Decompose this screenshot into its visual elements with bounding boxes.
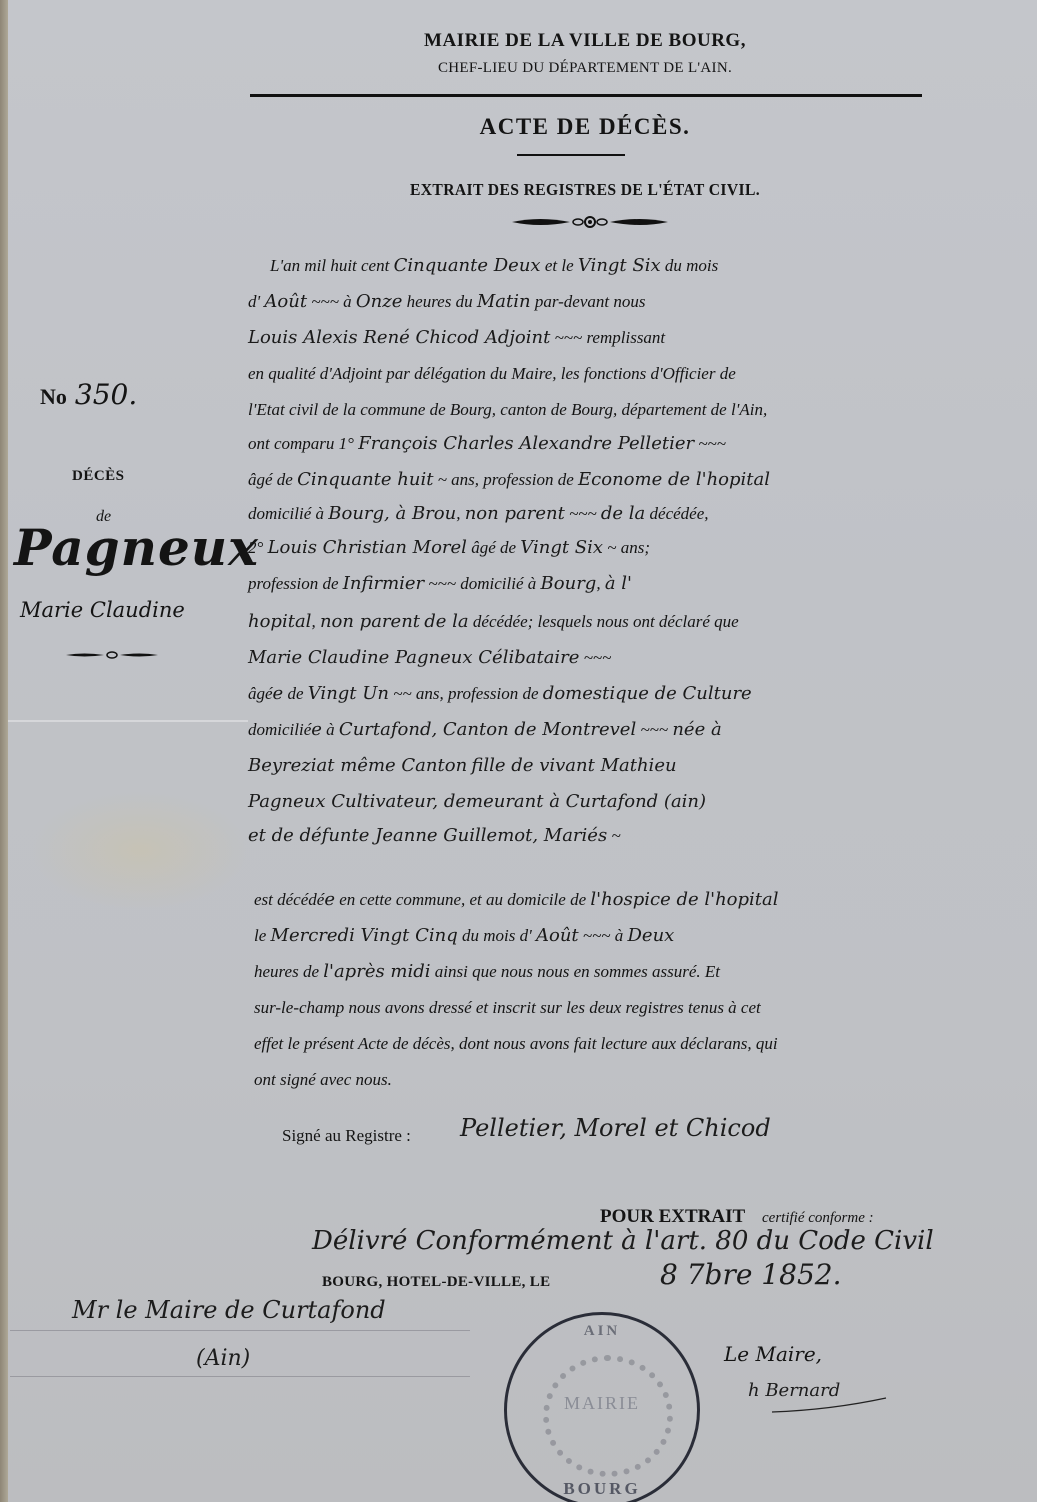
body-line: sur-le-champ nous avons dressé et inscri…: [254, 992, 954, 1024]
ruled-line: [10, 1330, 470, 1331]
printed-text: ~~~: [694, 434, 726, 453]
handwritten-entry: Vingt Six: [520, 537, 603, 558]
printed-text: du mois d': [458, 926, 536, 945]
body-line: âgé de Cinquante huit ~ ans, profession …: [248, 464, 948, 496]
handwritten-entry: Econome de l'hopital: [578, 469, 770, 490]
printed-text: ~: [607, 826, 620, 845]
handwritten-entry: fille de vivant Mathieu: [471, 755, 676, 776]
body-line: est décédée en cette commune, et au domi…: [254, 884, 954, 916]
number-label: No: [40, 384, 67, 409]
printed-text: heures du: [402, 292, 476, 311]
acte-title: ACTE DE DÉCÈS.: [250, 114, 920, 140]
mayor-title: Le Maire,: [724, 1342, 822, 1366]
printed-text: ~~~: [565, 504, 601, 523]
bleed-through-stain: [30, 790, 250, 910]
handwritten-entry: domestique de Culture: [543, 683, 752, 704]
mairie-seal-stamp: AIN MAIRIE BOURG: [504, 1312, 700, 1502]
handwritten-entry: à l': [605, 573, 632, 594]
body-line: profession de Infirmier ~~~ domicilié à …: [248, 568, 948, 600]
handwritten-entry: Bourg, à Brou: [328, 503, 456, 524]
printed-text: ~~ ans, profession de: [389, 684, 543, 703]
ornament-divider-icon: [510, 214, 670, 230]
body-line: effet le présent Acte de décès, dont nou…: [254, 1028, 954, 1060]
printed-text: âgé: [248, 684, 273, 703]
margin-ornament-icon: [64, 650, 160, 660]
handwritten-entry: Bourg: [541, 573, 597, 594]
body-line: Marie Claudine Pagneux Célibataire ~~~: [248, 642, 948, 674]
body-line: L'an mil huit cent Cinquante Deux et le …: [270, 250, 970, 282]
printed-text: ~~~ domicilié à: [424, 574, 540, 593]
stamp-center-text: MAIRIE: [507, 1393, 697, 1414]
printed-text: ,: [456, 504, 465, 523]
printed-text: décédée; lesquels nous ont déclaré que: [469, 612, 739, 631]
body-line: hopital, non parent de la décédée; lesqu…: [248, 606, 948, 638]
handwritten-entry: Beyreziat même Canton: [248, 755, 467, 776]
handwritten-entry: Deux: [628, 925, 675, 946]
ruled-line: [10, 1376, 470, 1377]
extrait-title: EXTRAIT DES REGISTRES DE L'ÉTAT CIVIL.: [277, 180, 893, 200]
printed-text: effet le présent Acte de décès, dont nou…: [254, 1034, 778, 1053]
addressee-line-2: (Ain): [196, 1346, 250, 1371]
body-line: l'Etat civil de la commune de Bourg, can…: [248, 394, 948, 426]
number-value: 350.: [75, 378, 137, 411]
body-line: domiciliée à Curtafond, Canton de Montre…: [248, 714, 948, 746]
printed-text: ~ ans;: [603, 538, 650, 557]
handwritten-entry: Onze: [356, 291, 403, 312]
handwritten-entry: Adjoint: [479, 327, 550, 348]
printed-text: ~~~ à: [579, 926, 628, 945]
printed-text: à: [322, 720, 339, 739]
handwritten-entry: Cinquante Deux: [394, 255, 541, 276]
handwritten-entry: Marie Claudine Pagneux Célibataire: [248, 647, 579, 668]
printed-text: en qualité d'Adjoint par délégation du M…: [248, 364, 736, 383]
handwritten-entry: de la: [424, 611, 468, 632]
handwritten-entry: Mercredi Vingt Cinq: [271, 925, 458, 946]
handwritten-entry: Matin: [477, 291, 531, 312]
issue-date: 8 7bre 1852.: [660, 1258, 841, 1291]
printed-text: d': [248, 292, 264, 311]
printed-text: sur-le-champ nous avons dressé et inscri…: [254, 998, 761, 1017]
body-line: d' Août ~~~ à Onze heures du Matin par-d…: [248, 286, 948, 318]
printed-text: profession de: [248, 574, 343, 593]
printed-text: 2°: [248, 538, 268, 557]
printed-text: ,: [596, 574, 605, 593]
printed-text: ainsi que nous nous en sommes assuré. Et: [431, 962, 720, 981]
printed-text: ont comparu 1°: [248, 434, 358, 453]
handwritten-entry: Août: [536, 925, 579, 946]
printed-text: ~~~: [636, 720, 672, 739]
header-divider: [250, 94, 922, 97]
handwritten-entry: l'après midi: [323, 961, 430, 982]
printed-text: du mois: [661, 256, 719, 275]
body-line: heures de l'après midi ainsi que nous no…: [254, 956, 954, 988]
handwritten-entry: Curtafond, Canton de Montrevel: [339, 719, 636, 740]
handwritten-entry: hopital: [248, 611, 311, 632]
handwritten-entry: Pagneux Cultivateur, demeurant à Curtafo…: [248, 791, 706, 812]
printed-text: heures de: [254, 962, 323, 981]
handwritten-entry: Cinquante huit: [297, 469, 433, 490]
deceased-surname: Pagneux: [14, 518, 259, 577]
delivery-note: Délivré Conformément à l'art. 80 du Code…: [312, 1226, 934, 1256]
body-line: en qualité d'Adjoint par délégation du M…: [248, 358, 948, 390]
place-label: BOURG, HOTEL-DE-VILLE, LE: [322, 1274, 550, 1291]
header-subtitle: CHEF-LIEU DU DÉPARTEMENT DE L'AIN.: [250, 60, 920, 77]
handwritten-entry: e: [273, 683, 284, 704]
certifie-conforme-label: certifié conforme :: [762, 1210, 874, 1227]
handwritten-entry: Infirmier: [343, 573, 424, 594]
printed-text: domicilié à: [248, 504, 328, 523]
handwritten-entry: de la: [601, 503, 645, 524]
printed-text: décédée,: [645, 504, 708, 523]
body-line: domicilié à Bourg, à Brou, non parent ~~…: [248, 498, 948, 530]
handwritten-entry: Vingt Six: [578, 255, 661, 276]
pour-extrait-label: POUR EXTRAIT: [600, 1206, 745, 1228]
stamp-bottom-text: BOURG: [507, 1479, 697, 1499]
body-line: âgée de Vingt Un ~~ ans, profession de d…: [248, 678, 948, 710]
printed-text: par-devant nous: [531, 292, 646, 311]
printed-text: ont signé avec nous.: [254, 1070, 392, 1089]
header-title: MAIRIE DE LA VILLE DE BOURG,: [250, 30, 920, 52]
title-divider: [517, 154, 625, 156]
addressee-line-1: Mr le Maire de Curtafond: [72, 1296, 386, 1324]
signe-au-registre-label: Signé au Registre :: [282, 1126, 411, 1146]
printed-text: est décédé: [254, 890, 324, 909]
body-line: ont comparu 1° François Charles Alexandr…: [248, 428, 948, 460]
body-line: Louis Alexis René Chicod Adjoint ~~~ rem…: [248, 322, 948, 354]
handwritten-entry: Août: [264, 291, 307, 312]
printed-text: ~~~ à: [307, 292, 356, 311]
body-line: le Mercredi Vingt Cinq du mois d' Août ~…: [254, 920, 954, 952]
signature-flourish-icon: [770, 1396, 890, 1416]
printed-text: et le: [541, 256, 578, 275]
margin-deces-label: DÉCÈS: [72, 468, 125, 485]
printed-text: en cette commune, et au domicile de: [335, 890, 590, 909]
handwritten-entry: non parent: [320, 611, 420, 632]
printed-text: ~~~: [579, 648, 611, 667]
wreath-icon: [543, 1355, 673, 1477]
handwritten-entry: non parent: [465, 503, 565, 524]
handwritten-entry: Louis Alexis René Chicod: [248, 327, 479, 348]
handwritten-entry: Louis Christian Morel: [268, 537, 467, 558]
printed-text: ~ ans, profession de: [433, 470, 578, 489]
handwritten-entry: e: [311, 719, 322, 740]
printed-text: de: [283, 684, 308, 703]
printed-text: L'an mil huit cent: [270, 256, 394, 275]
printed-text: ,: [311, 612, 320, 631]
printed-text: âgé de: [248, 470, 297, 489]
body-line: 2° Louis Christian Morel âgé de Vingt Si…: [248, 532, 948, 564]
handwritten-entry: François Charles Alexandre Pelletier: [358, 433, 694, 454]
printed-text: domicilié: [248, 720, 311, 739]
handwritten-entry: et de défunte Jeanne Guillemot, Mariés: [248, 825, 607, 846]
deceased-given-names: Marie Claudine: [20, 598, 185, 622]
handwritten-entry: née à: [672, 719, 721, 740]
registry-signatures: Pelletier, Morel et Chicod: [460, 1114, 771, 1142]
handwritten-entry: e: [324, 889, 335, 910]
printed-text: ~~~ remplissant: [550, 328, 665, 347]
handwritten-entry: l'hospice de l'hopital: [590, 889, 778, 910]
printed-text: âgé de: [467, 538, 520, 557]
body-line: Beyreziat même Canton fille de vivant Ma…: [248, 750, 948, 782]
printed-text: l'Etat civil de la commune de Bourg, can…: [248, 400, 767, 419]
body-line: et de défunte Jeanne Guillemot, Mariés ~: [248, 820, 948, 852]
record-number: No350.: [40, 378, 137, 411]
handwritten-entry: Vingt Un: [308, 683, 389, 704]
stamp-top-text: AIN: [507, 1323, 697, 1340]
printed-text: le: [254, 926, 271, 945]
body-line: ont signé avec nous.: [254, 1064, 954, 1096]
body-line: Pagneux Cultivateur, demeurant à Curtafo…: [248, 786, 948, 818]
paper-fold: [8, 720, 248, 722]
